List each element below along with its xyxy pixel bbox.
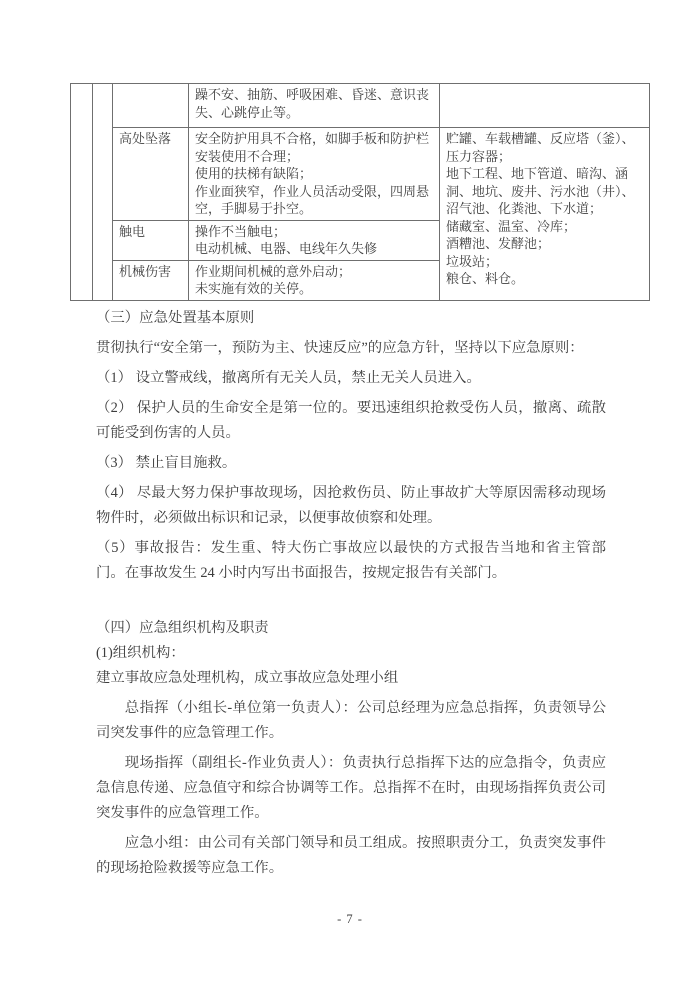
cell-category-blank	[113, 84, 189, 128]
cell-spacer-col1	[71, 84, 93, 301]
table-row: 躁不安、抽筋、呼吸困难、昏迷、意识丧 失、心跳停止等。	[71, 84, 650, 128]
para-emergency-team: 应急小组：由公司有关部门领导和员工组成。按照职责分工，负责突发事件的现场抢险救援…	[96, 831, 606, 881]
para-site-commander: 现场指挥（副组长-作业负责人）：负责执行总指挥下达的应急指令，负责应急信息传递、…	[96, 751, 606, 826]
cell-cause-fall: 安全防护用具不合格，如脚手板和防护栏 安装使用不合理； 使用的扶梯有缺陷； 作业…	[189, 128, 440, 221]
section-title-4: （四）应急组织机构及职责	[96, 616, 606, 641]
cell-category-electric: 触电	[113, 220, 189, 260]
hazard-table: 躁不安、抽筋、呼吸困难、昏迷、意识丧 失、心跳停止等。 高处坠落 安全防护用具不…	[70, 83, 650, 301]
cell-cause-electric: 操作不当触电； 电动机械、电器、电线年久失修	[189, 220, 440, 260]
para-principles-intro: 贯彻执行“安全第一，预防为主、快速反应”的应急方针，坚持以下应急原则：	[96, 336, 606, 361]
para-principle-4: （4） 尽最大努力保护事故现场，因抢救伤员、防止事故扩大等原因需移动现场物件时，…	[96, 481, 606, 531]
document-page: 躁不安、抽筋、呼吸困难、昏迷、意识丧 失、心跳停止等。 高处坠落 安全防护用具不…	[0, 0, 700, 990]
cell-spacer-col2	[93, 84, 113, 301]
para-org-establish: 建立事故应急处理机构，成立事故应急处理小组	[96, 666, 606, 691]
page-number: - 7 -	[0, 912, 700, 927]
cell-symptom-continuation: 躁不安、抽筋、呼吸困难、昏迷、意识丧 失、心跳停止等。	[189, 84, 440, 128]
document-body: （三）应急处置基本原则 贯彻执行“安全第一，预防为主、快速反应”的应急方针，坚持…	[96, 306, 606, 886]
para-principle-2: （2） 保护人员的生命安全是第一位的。要迅速组织抢救受伤人员，撤离、疏散可能受到…	[96, 396, 606, 446]
cell-location-list: 贮罐、车载槽罐、反应塔（釜）、 压力容器； 地下工程、地下管道、暗沟、涵 洞、地…	[440, 128, 650, 301]
cell-category-mechanical: 机械伤害	[113, 260, 189, 300]
cell-cause-mechanical: 作业期间机械的意外启动； 未实施有效的关停。	[189, 260, 440, 300]
para-principle-3: （3） 禁止盲目施救。	[96, 451, 606, 476]
cell-location-blank	[440, 84, 650, 128]
para-chief-commander: 总指挥（小组长-单位第一负责人）：公司总经理为应急总指挥，负责领导公司突发事件的…	[96, 696, 606, 746]
cell-category-fall: 高处坠落	[113, 128, 189, 221]
para-principle-1: （1） 设立警戒线，撤离所有无关人员，禁止无关人员进入。	[96, 366, 606, 391]
para-org-structure-label: (1)组织机构：	[96, 641, 606, 666]
section-title-3: （三）应急处置基本原则	[96, 306, 606, 331]
para-principle-5: （5）事故报告：发生重、特大伤亡事故应以最快的方式报告当地和省主管部门。在事故发…	[96, 536, 606, 586]
table-row: 高处坠落 安全防护用具不合格，如脚手板和防护栏 安装使用不合理； 使用的扶梯有缺…	[71, 128, 650, 221]
